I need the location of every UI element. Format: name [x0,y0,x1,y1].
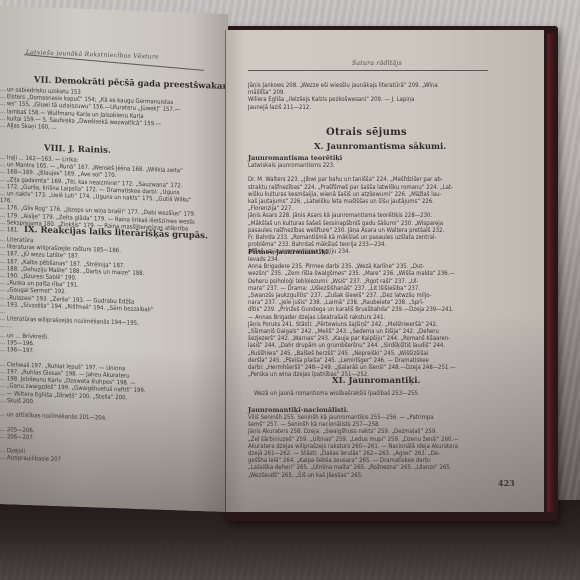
subsection-nationalists-heading: Jaunromantiķi-nacionālisti. [248,406,348,414]
section-viii-heading: VIII. J. Rainis. [44,144,111,156]
right-running-head: Satura rādītājs [352,60,402,67]
subsection-theorists-entries: Latwiskais jaunromantisms 223. Dr. M. Wa… [248,162,488,256]
subsection-first-neoromantics-heading: Pirmee jaunromantiķi. [248,248,331,256]
volume-heading: Otrais sējums [326,127,407,138]
page-number: 423 [498,478,515,488]
section-xi-heading: XI. Jaunromantiķi. [332,376,420,386]
subsection-theorists-heading: Jaunromantisma teorētiķi [248,154,342,162]
right-page: Satura rādītājs Jāņis Jankows 208. „Wezz… [226,30,544,512]
section-ix-entries: ... Literatūra ... literaturas wiliprašz… [0,236,200,337]
right-header-rule [248,70,488,71]
left-page-continued-entries: ... un ... Brīvkreiši. ... 195—196. ... … [0,332,200,469]
left-page: Latviešu jaunākā Rakstniecības Vēsture V… [0,5,228,512]
left-running-head: Latviešu jaunākā Rakstniecības Vēsture [26,49,159,61]
section-x-heading: X. Jaunromantisma sākumi. [314,142,446,152]
right-top-entries: Jāņis Jankows 208. „Wezze eši wiesšlu ja… [248,82,488,111]
section-xi-intro: Wezā un jaunā romantisma wisšbašrakšiš ī… [254,390,484,397]
subsection-nationalists-entries: Viliš Seninšh 255. Seninšh kā jaunromant… [248,414,488,479]
subsection-first-neoromantics-entries: Ievads 234. Anna Brigadere 235. Pirmee d… [248,256,488,378]
section-vii-entries: ... un sabiedrisku uzskatu 153 ... Elste… [0,86,200,136]
